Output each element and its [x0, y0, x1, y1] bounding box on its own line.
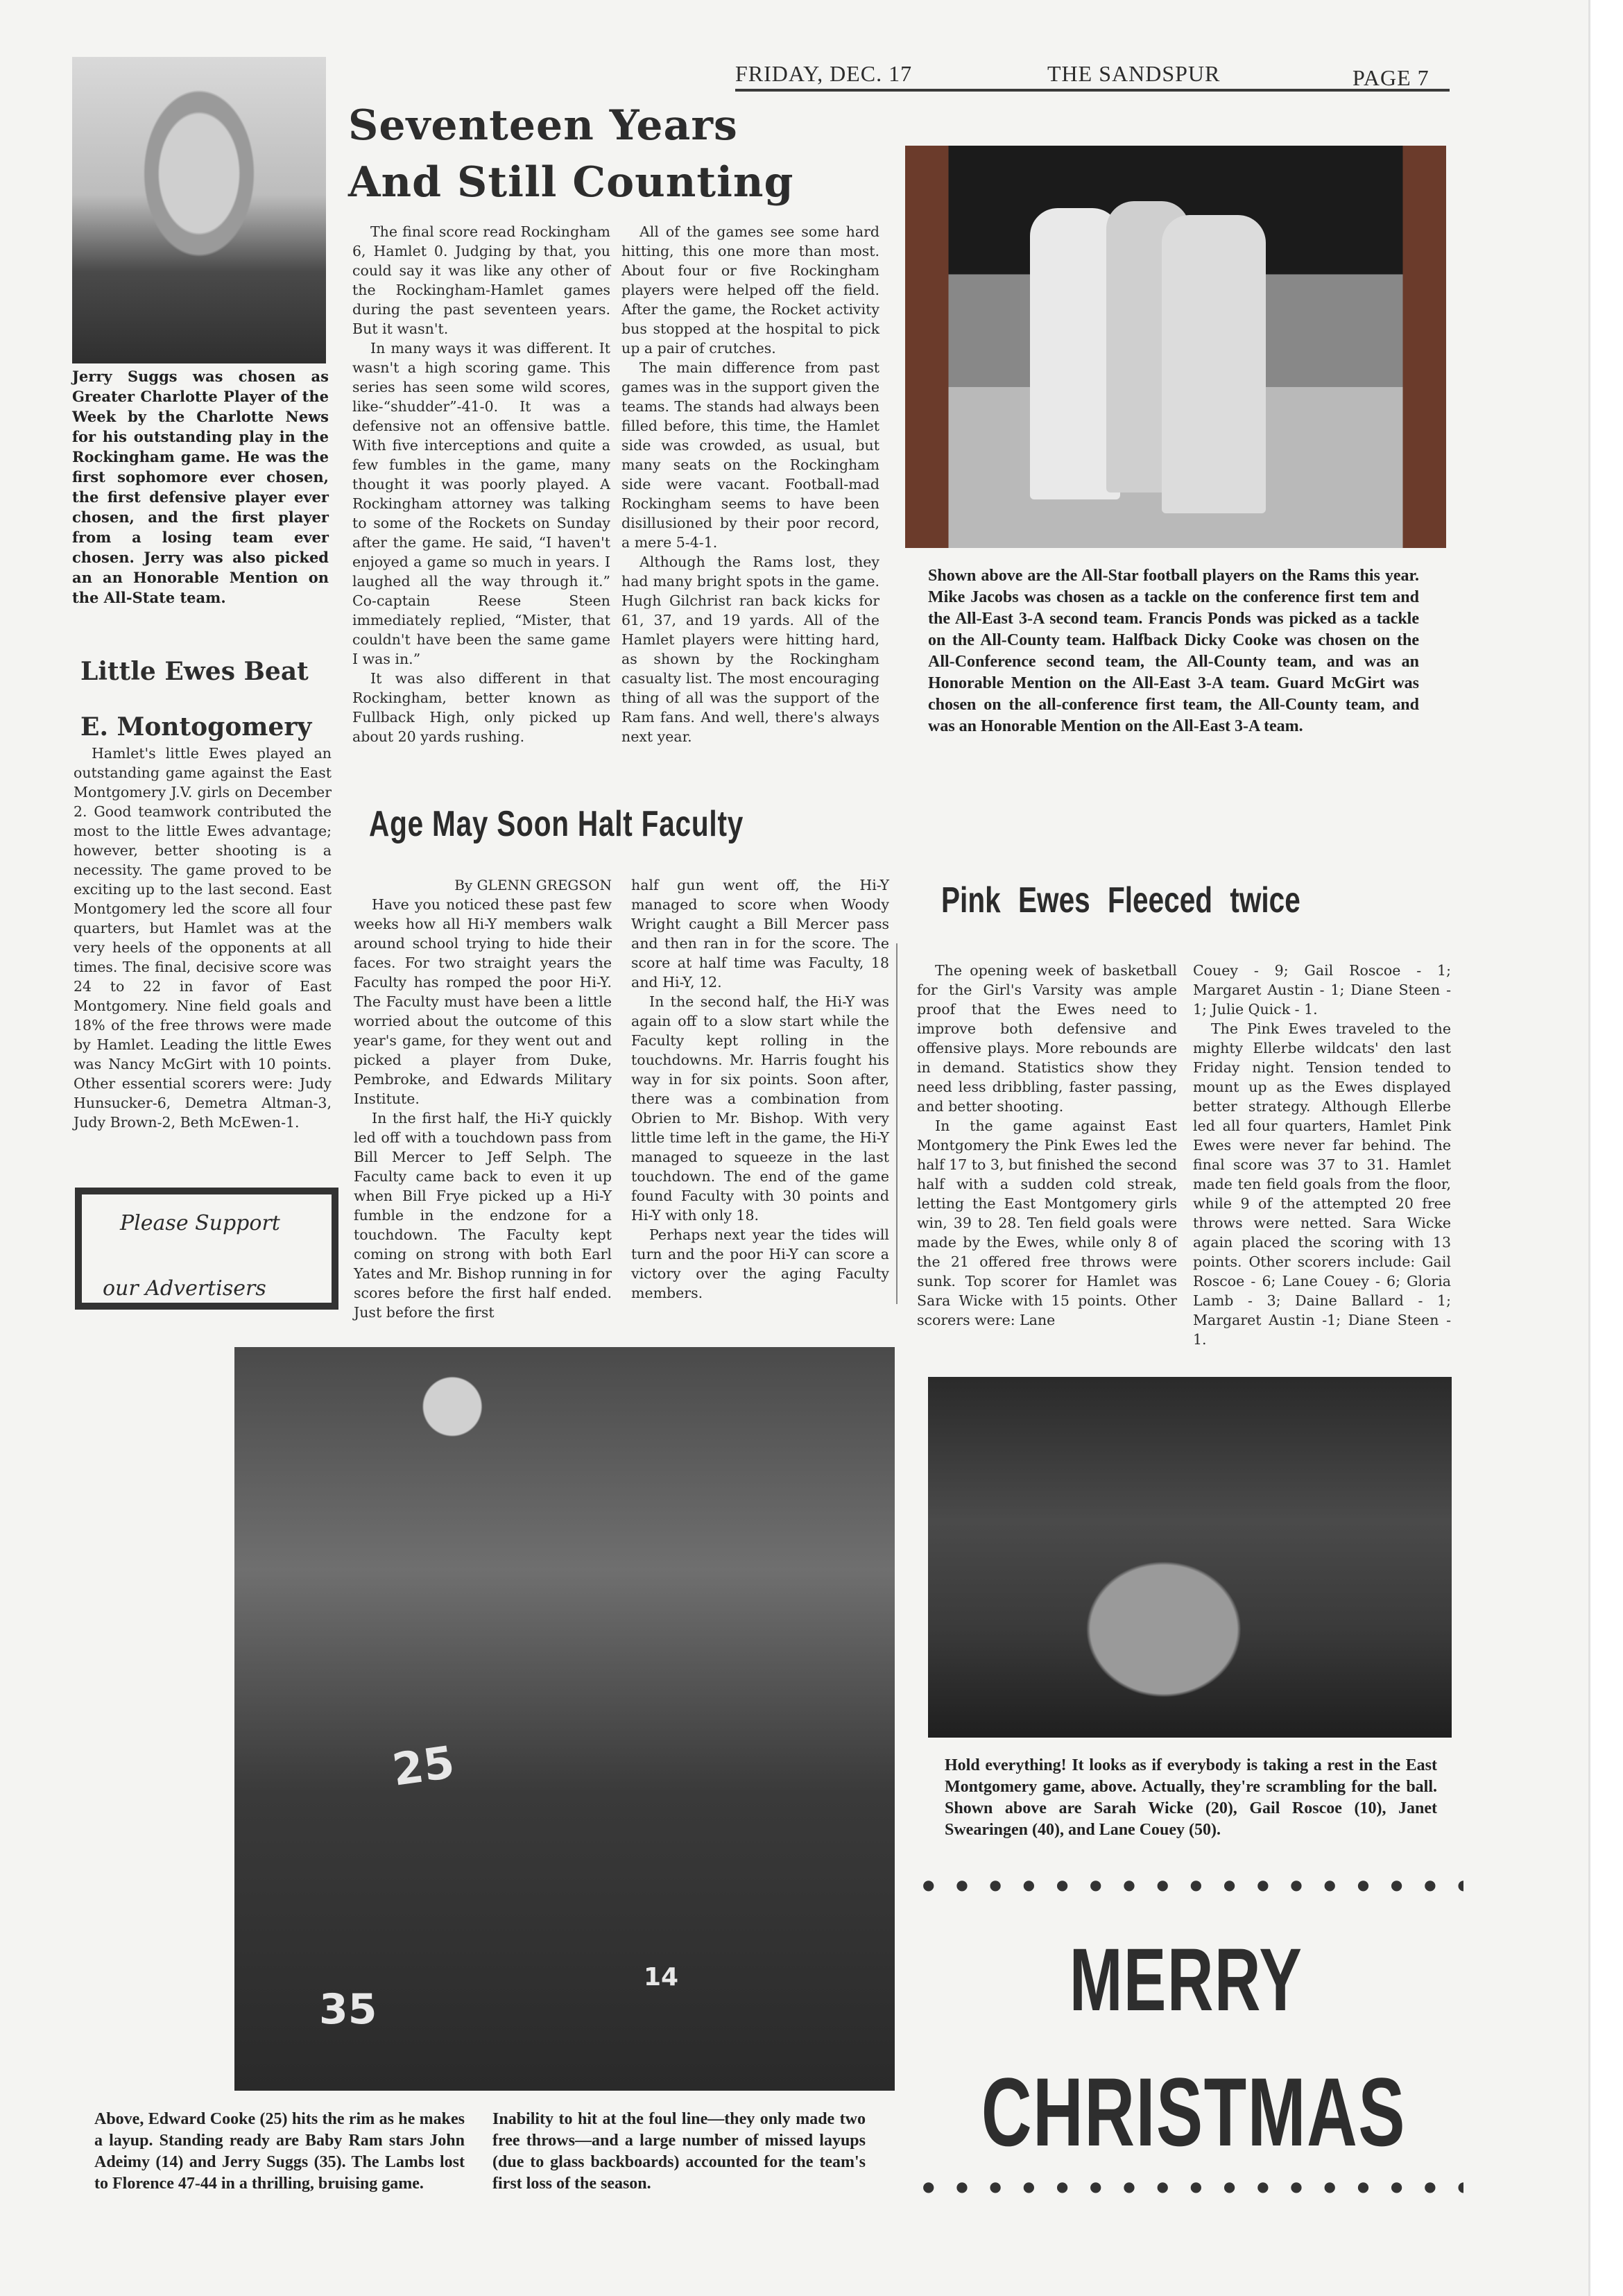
layup-caption-left: Above, Edward Cooke (25) hits the rim as… — [94, 2109, 465, 2195]
faculty-headline: Age May Soon Halt Faculty — [369, 803, 748, 845]
scramble-caption: Hold everything! It looks as if everybod… — [945, 1755, 1437, 1841]
headline-line-2: And Still Counting — [348, 154, 875, 211]
dot-rule-top: ● ● ● ● ● ● ● ● ● ● ● ● ● ● ● ● ● ● ● ● … — [922, 1876, 1463, 1893]
byline: By GLENN GREGSON — [354, 875, 612, 895]
paragraph: Couey - 9; Gail Roscoe - 1; Margaret Aus… — [1193, 961, 1451, 1019]
seventeen-years-column-2: All of the games see some hard hitting, … — [621, 222, 879, 746]
headline-line-1: Little Ewes Beat — [80, 644, 337, 699]
jerry-suggs-photo — [72, 57, 326, 363]
player-figure — [1162, 215, 1266, 513]
ad-line-1: Please Support — [120, 1211, 280, 1235]
scramble-for-ball-photo — [928, 1377, 1452, 1738]
pink-ewes-column-1: The opening week of basketball for the G… — [917, 961, 1177, 1330]
faculty-column-2: half gun went off, the Hi-Y managed to s… — [631, 875, 889, 1303]
paragraph: All of the games see some hard hitting, … — [621, 222, 879, 358]
support-advertisers-box: Please Support our Advertisers — [75, 1188, 338, 1310]
little-ewes-headline: Little Ewes Beat E. Montogomery — [80, 644, 337, 755]
page-number: PAGE 7 — [1352, 65, 1429, 91]
seventeen-years-headline: Seventeen Years And Still Counting — [348, 97, 875, 211]
layup-caption-right: Inability to hit at the foul line—they o… — [492, 2109, 866, 2195]
issue-date: FRIDAY, DEC. 17 — [735, 61, 912, 87]
all-star-players-caption: Shown above are the All-Star football pl… — [928, 565, 1419, 737]
paragraph: It was also different in that Rockingham… — [352, 669, 610, 746]
paragraph: The final score read Rockingham 6, Hamle… — [352, 222, 610, 339]
headline-line-1: Seventeen Years — [348, 97, 875, 154]
jerry-suggs-caption: Jerry Suggs was chosen as Greater Charlo… — [72, 366, 329, 608]
paragraph: The opening week of basketball for the G… — [917, 961, 1177, 1116]
paragraph: In the game against East Montgomery the … — [917, 1116, 1177, 1330]
pink-ewes-column-2: Couey - 9; Gail Roscoe - 1; Margaret Aus… — [1193, 961, 1451, 1349]
column-rule — [896, 943, 898, 1304]
paragraph: In many ways it was different. It wasn't… — [352, 339, 610, 669]
masthead-rule — [735, 89, 1450, 92]
ad-line-2: our Advertisers — [103, 1276, 266, 1301]
layup-photo: 25 35 14 — [234, 1347, 895, 2091]
paragraph: half gun went off, the Hi-Y managed to s… — [631, 875, 889, 992]
paragraph: In the second half, the Hi-Y was again o… — [631, 992, 889, 1225]
pink-ewes-headline: Pink Ewes Fleeced twice — [941, 880, 1320, 921]
little-ewes-article: Hamlet's little Ewes played an outstandi… — [74, 744, 332, 1132]
dot-rule-bottom: ● ● ● ● ● ● ● ● ● ● ● ● ● ● ● ● ● ● ● ● … — [922, 2178, 1463, 2195]
paragraph: The main difference from past games was … — [621, 358, 879, 552]
faculty-column-1: By GLENN GREGSON Have you noticed these … — [354, 875, 612, 1322]
jersey-number: 35 — [319, 1985, 377, 2034]
merry-text: MERRY — [981, 1935, 1391, 2025]
paragraph: In the first half, the Hi-Y quickly led … — [354, 1108, 612, 1322]
paper-name: THE SANDSPUR — [1047, 61, 1220, 87]
paragraph: Although the Rams lost, they had many br… — [621, 552, 879, 746]
seventeen-years-column-1: The final score read Rockingham 6, Hamle… — [352, 222, 610, 746]
christmas-text: CHRISTMAS — [981, 2064, 1391, 2161]
paragraph: Perhaps next year the tides will turn an… — [631, 1225, 889, 1303]
paragraph: The Pink Ewes traveled to the mighty Ell… — [1193, 1019, 1451, 1349]
masthead: FRIDAY, DEC. 17 THE SANDSPUR PAGE 7 — [735, 57, 1443, 90]
page-edge — [1588, 0, 1623, 2296]
paragraph: Have you noticed these past few weeks ho… — [354, 895, 612, 1108]
jersey-number: 14 — [644, 1963, 678, 1991]
paragraph: Hamlet's little Ewes played an outstandi… — [74, 744, 332, 1132]
all-star-players-photo — [905, 146, 1446, 548]
jersey-number: 25 — [389, 1737, 457, 1797]
